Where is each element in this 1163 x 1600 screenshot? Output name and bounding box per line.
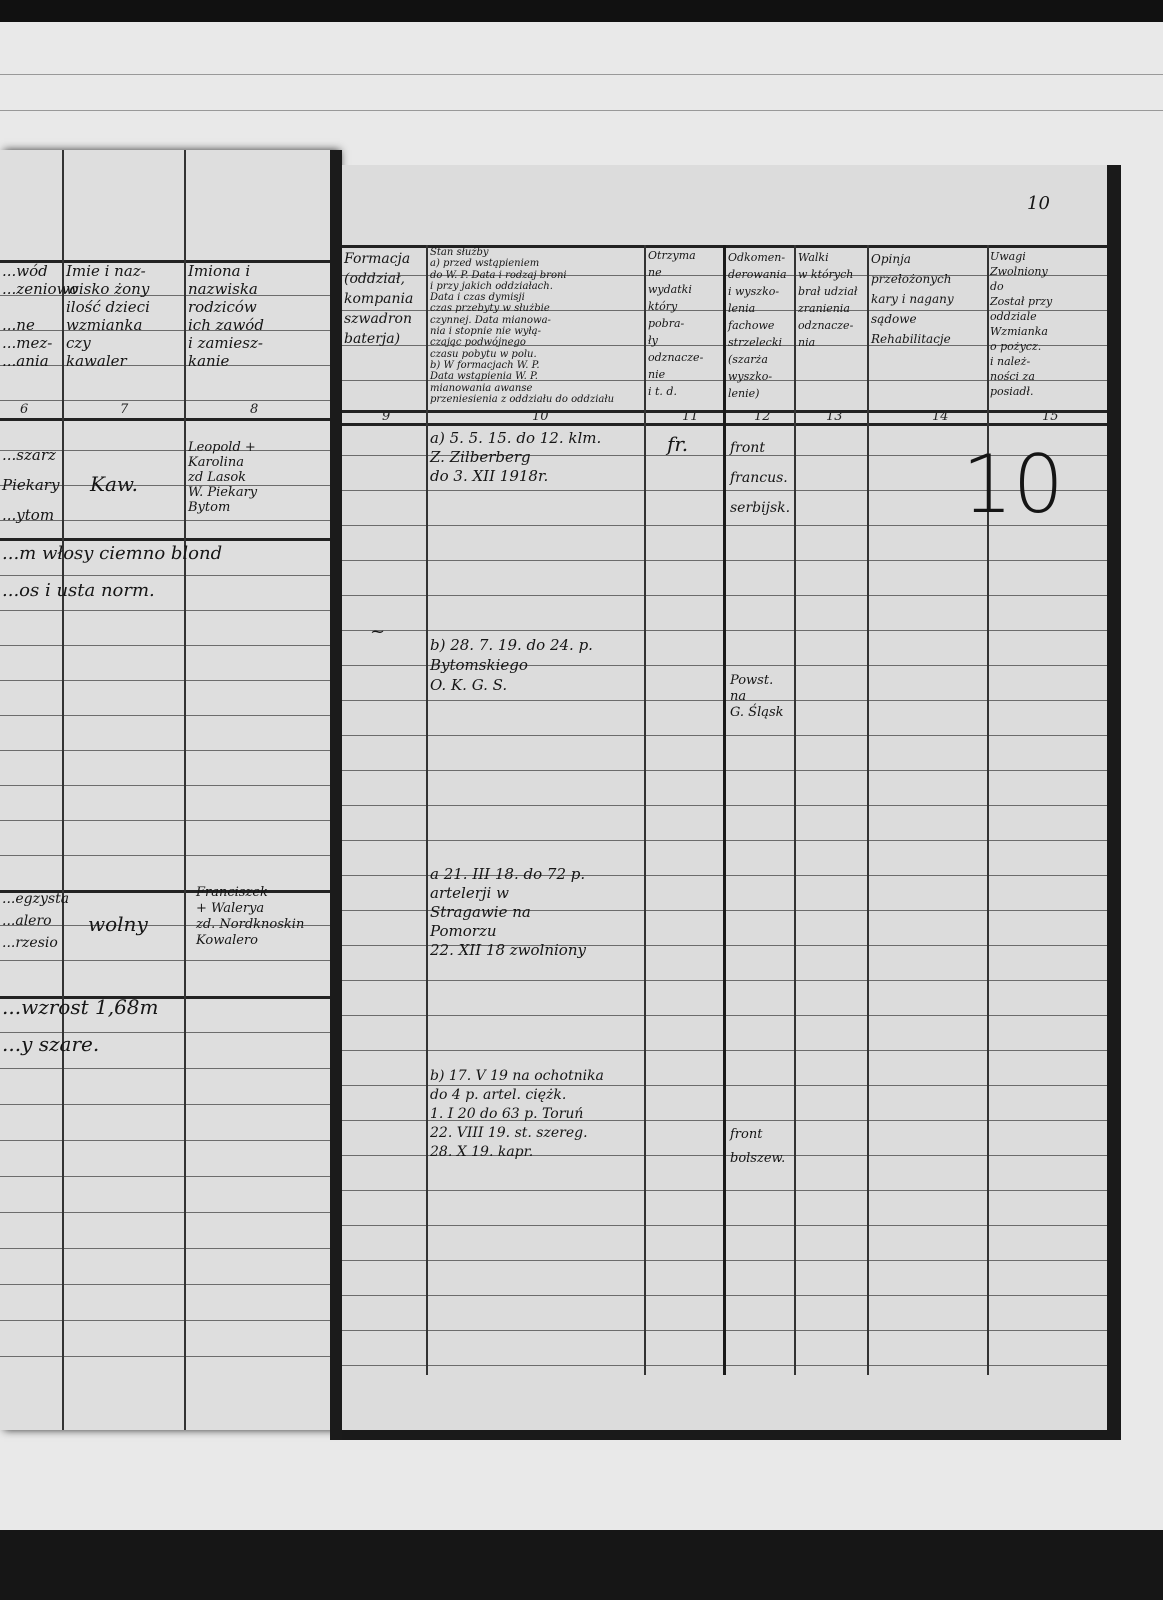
ruling: [0, 610, 330, 611]
remark-nose-mouth: ...os i usta norm.: [2, 582, 155, 600]
right-ledger-page: 10 Formacja (oddział, kompania szwadron …: [342, 165, 1121, 1440]
service-entry: a 21. III 18. do 72 p. artelerji w Strag…: [430, 865, 586, 960]
entry-rule: [0, 538, 330, 541]
entry1-occupation: ...szarz Piekary ...ytom: [2, 440, 59, 530]
ruling: [0, 1284, 330, 1285]
assignments-entry: front francus. serbijsk.: [730, 433, 790, 523]
background-rule: [0, 74, 1163, 75]
column-number: 12: [754, 409, 771, 424]
header-col-9: Formacja (oddział, kompania szwadron bat…: [344, 249, 413, 349]
ruling: [0, 715, 330, 716]
ruling: [0, 645, 330, 646]
column-number: 13: [826, 409, 843, 424]
assignments-entry: front bolszew.: [730, 1123, 785, 1171]
ruling: [0, 1140, 330, 1141]
header-col-10: Stan służby a) przed wstąpieniem do W. P…: [430, 247, 614, 405]
background-rule: [0, 110, 1163, 111]
entry2-spouse: wolny: [88, 915, 148, 933]
remark-eyes: ...y szare.: [2, 1035, 99, 1053]
column-divider: [184, 150, 186, 1430]
page-number-corner: 10: [1027, 193, 1050, 214]
ruling: [0, 680, 330, 681]
service-entry: b) 17. V 19 na ochotnika do 4 p. artel. …: [430, 1067, 604, 1162]
ruling: [0, 750, 330, 751]
header-col-15: Uwagi Zwolniony do Został przy oddziale …: [990, 249, 1052, 399]
ruling: [0, 960, 330, 961]
entry1-parents: Leopold + Karolina zd Lasok W. Piekary B…: [188, 440, 257, 515]
ruling: [0, 1320, 330, 1321]
ruling: [0, 1356, 330, 1357]
header-col-8: Imiona i nazwiska rodziców ich zawód i z…: [188, 262, 264, 370]
column-number: 15: [1042, 409, 1059, 424]
header-col-11: Otrzyma ne wydatki który pobra- ły odzna…: [648, 247, 703, 400]
column-number: 6: [20, 402, 28, 417]
column-number: 10: [532, 409, 549, 424]
entry1-spouse: Kaw.: [90, 475, 138, 493]
scan-top-border: [0, 0, 1163, 22]
handwritten-mark: ~: [370, 623, 385, 641]
entry2-parents: Franciszek + Walerya zd. Nordknoskin Kow…: [196, 885, 304, 949]
column-divider: [867, 245, 869, 1375]
column-number-rule: [0, 418, 330, 421]
ruling: [0, 785, 330, 786]
assignments-entry: Powst. na G. Śląsk: [730, 673, 784, 721]
left-ledger-page: ...wód ...zeniowo ...ne ...mez- ...ania …: [0, 150, 336, 1430]
header-col-13: Walki w których brał udział zranienia od…: [798, 249, 858, 351]
scan-bottom-border: [0, 1530, 1163, 1600]
book-gutter: [330, 150, 342, 1440]
ruling: [0, 1248, 330, 1249]
column-number: 7: [120, 402, 128, 417]
column-number: 8: [250, 402, 258, 417]
service-entry: a) 5. 5. 15. do 12. klm. Z. Zilberberg d…: [430, 429, 601, 486]
remark-hair: ...m włosy ciemno blond: [2, 545, 222, 563]
ruling: [0, 575, 330, 576]
column-divider: [426, 245, 428, 1375]
ruling: [0, 1068, 330, 1069]
column-divider: [987, 245, 989, 1375]
entry2-occupation: ...egzysta ...alero ...rzesio: [2, 888, 69, 954]
ruling: [0, 1176, 330, 1177]
column-divider: [644, 245, 646, 1375]
remark-height: ...wzrost 1,68m: [2, 998, 158, 1016]
column-number: 11: [682, 409, 699, 424]
header-col-14: Opinja przełożonych kary i nagany sądowe…: [871, 249, 954, 349]
page-number-large: 10: [962, 445, 1064, 525]
service-entry: b) 28. 7. 19. do 24. p. Bytomskiego O. K…: [430, 635, 593, 695]
column-divider: [794, 245, 796, 1375]
ruling: [0, 400, 330, 401]
header-col-12: Odkomen- derowania i wyszko- lenia facho…: [728, 249, 787, 402]
ruling: [0, 1104, 330, 1105]
column-number: 14: [932, 409, 949, 424]
column-divider: [723, 245, 726, 1375]
header-col-7: Imie i naz- wisko żony ilość dzieci wzmi…: [66, 262, 150, 370]
ruling: [0, 855, 330, 856]
ruling: [0, 820, 330, 821]
awards-entry: fr.: [667, 435, 688, 453]
column-number: 9: [382, 409, 390, 424]
ruling: [0, 1212, 330, 1213]
